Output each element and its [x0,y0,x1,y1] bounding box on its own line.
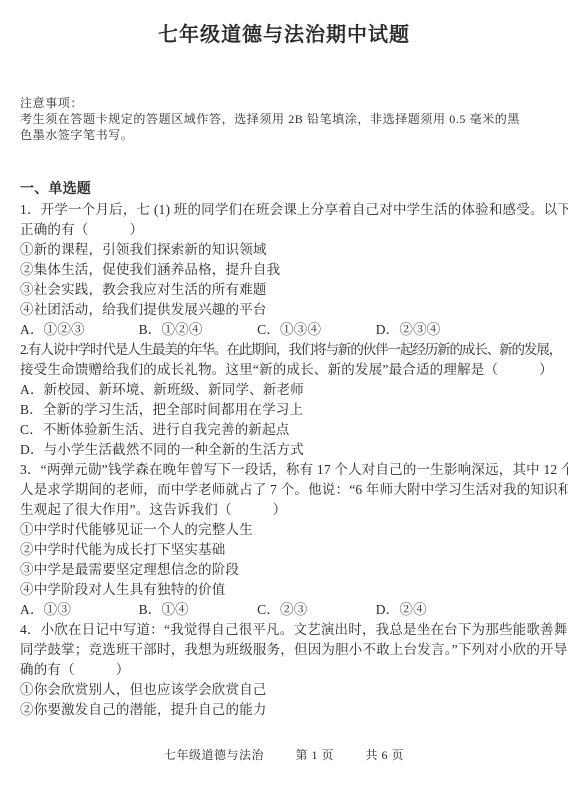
option-a: A．新校园、新环境、新班级、新同学、新老师 [20,380,550,400]
question-stem-line: 正确的有（ ） [20,220,550,240]
question-stem-line: 3．“两弹元勋”钱学森在晚年曾写下一段话，称有 17 个人对自己的一生影响深远，… [20,460,550,480]
options-row: A．①③ B．①④ C．②③ D．②④ [20,600,550,620]
footer-total-pages: 共 6 页 [366,748,405,762]
question-2: 2.有人说中学时代是人生最美的年华。在此期间，我们将与新的伙伴一起经历新的成长、… [20,340,550,460]
option-a: A．①②③ [20,320,135,340]
question-item: ③中学是最需要坚定理想信念的阶段 [20,560,550,580]
notice-heading: 注意事项： [20,95,548,111]
option-b: B．全新的学习生活，把全部时间都用在学习上 [20,400,550,420]
question-4: 4．小欣在日记中写道：“我觉得自己很平凡。文艺演出时，我总是坐在台下为那些能歌善… [20,620,550,720]
question-item: ②中学时代能为成长打下坚实基础 [20,540,550,560]
question-stem-line: 人是求学期间的老师，而中学老师就占了 7 个。他说：“6 年师大附中学习生活对我… [20,480,550,500]
question-item: ①你会欣赏别人，但也应该学会欣赏自己 [20,680,550,700]
question-stem-line: 1．开学一个月后，七 (1) 班的同学们在班会课上分享着自己对中学生活的体验和感… [20,200,550,220]
page-footer: 七年级道德与法治 第 1 页 共 6 页 [0,747,568,763]
option-d: D．②③④ [376,320,441,340]
option-c: C．②③ [257,600,372,620]
options-row: A．①②③ B．①②④ C．①③④ D．②③④ [20,320,550,340]
question-item: ①新的课程，引领我们探索新的知识领域 [20,240,550,260]
footer-page-number: 第 1 页 [295,748,334,762]
question-item: ④社团活动，给我们提供发展兴趣的平台 [20,300,550,320]
question-stem-line: 2.有人说中学时代是人生最美的年华。在此期间，我们将与新的伙伴一起经历新的成长、… [20,340,550,360]
notice-block: 注意事项： 考生须在答题卡规定的答题区域作答，选择须用 2B 铅笔填涂，非选择题… [0,95,568,143]
questions-area: 一、单选题 1．开学一个月后，七 (1) 班的同学们在班会课上分享着自己对中学生… [0,180,568,720]
option-b: B．①②④ [139,320,254,340]
option-c: C．不断体验新生活、进行自我完善的新起点 [20,420,550,440]
question-item: ②集体生活，促使我们涵养品格，提升自我 [20,260,550,280]
question-stem-line: 4．小欣在日记中写道：“我觉得自己很平凡。文艺演出时，我总是坐在台下为那些能歌善… [20,620,550,640]
question-stem-line: 生观起了很大作用”。这告诉我们（ ） [20,500,550,520]
notice-line: 色墨水签字笔书写。 [20,127,548,143]
question-stem-line: 接受生命馈赠给我们的成长礼物。这里“新的成长、新的发展”最合适的理解是（ ） [20,360,550,380]
option-a: A．①③ [20,600,135,620]
question-1: 1．开学一个月后，七 (1) 班的同学们在班会课上分享着自己对中学生活的体验和感… [20,200,550,340]
footer-course: 七年级道德与法治 [164,748,264,762]
question-item: ①中学时代能够见证一个人的完整人生 [20,520,550,540]
question-item: ③社会实践，教会我应对生活的所有难题 [20,280,550,300]
exam-paper-page: 七年级道德与法治期中试题 注意事项： 考生须在答题卡规定的答题区域作答，选择须用… [0,0,568,790]
option-b: B．①④ [139,600,254,620]
option-d: D．②④ [376,600,427,620]
option-c: C．①③④ [257,320,372,340]
section-heading: 一、单选题 [20,180,550,200]
notice-line: 考生须在答题卡规定的答题区域作答，选择须用 2B 铅笔填涂，非选择题须用 0.5… [20,111,548,127]
option-d: D．与小学生活截然不同的一种全新的生活方式 [20,440,550,460]
page-title: 七年级道德与法治期中试题 [0,0,568,49]
question-item: ②你要激发自己的潜能，提升自己的能力 [20,700,550,720]
question-stem-line: 同学鼓掌；竞选班干部时，我想为班级服务，但因为胆小不敢上台发言。”下列对小欣的开… [20,640,550,660]
question-3: 3．“两弹元勋”钱学森在晚年曾写下一段话，称有 17 个人对自己的一生影响深远，… [20,460,550,620]
question-stem-line: 确的有（ ） [20,660,550,680]
question-item: ④中学阶段对人生具有独特的价值 [20,580,550,600]
